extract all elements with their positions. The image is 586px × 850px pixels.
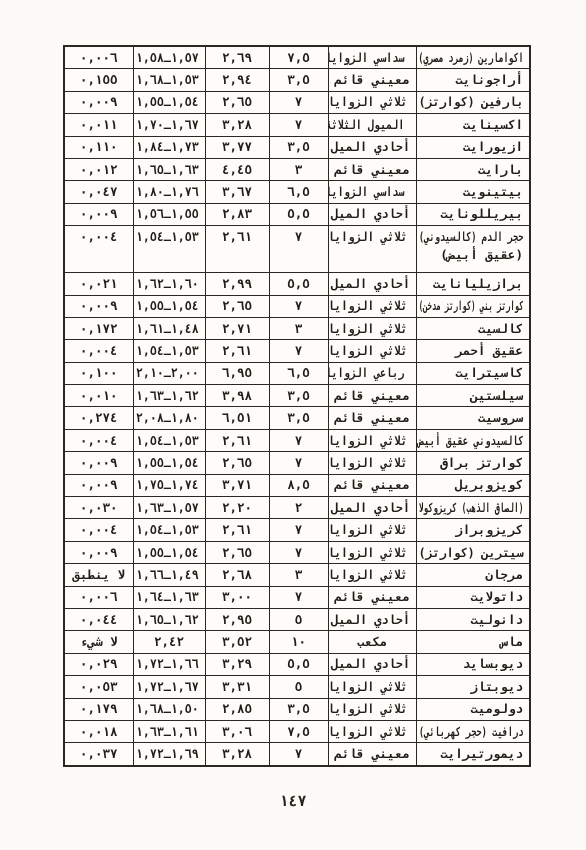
cell-text: ١,٥٣ـ١,٥٤ bbox=[140, 432, 198, 450]
cell-text: ٥,٥ bbox=[274, 275, 324, 293]
cell-name: سروسيت bbox=[416, 407, 530, 429]
cell-text: ٠,٠١٨ bbox=[69, 723, 129, 741]
cell-name: كويزوبريل bbox=[416, 474, 530, 496]
cell-text: معيني قائم bbox=[333, 745, 412, 763]
cell-ri: ١,٦١ـ١,٦٣ bbox=[133, 720, 205, 742]
cell-system: أحادي الميل bbox=[328, 608, 416, 630]
cell-text: ١,٥٠ـ١,٦٨ bbox=[140, 700, 198, 718]
cell-name: كوارتز بني (كوارتز مدخن) bbox=[416, 295, 530, 317]
cell-biref: ٠,٠١٢ bbox=[64, 158, 133, 180]
cell-name: حجر الدم (كالسيدوني)(عقيق أبيض) bbox=[416, 226, 530, 273]
cell-sg: ٢,٦١ bbox=[205, 340, 269, 362]
cell-text: ٢,٩٥ bbox=[210, 611, 265, 629]
cell-system: الميول الثلاثة bbox=[328, 114, 416, 136]
cell-text: ٣,٢٨ bbox=[210, 745, 265, 763]
cell-text: ٣,٥٢ bbox=[210, 633, 265, 651]
cell-text: ٢ bbox=[274, 499, 324, 517]
cell-hardness: ٥ bbox=[269, 608, 328, 630]
cell-system: معيني قائم bbox=[328, 158, 416, 180]
table-row: أراجونايتمعيني قائم٣,٥٢,٩٤١,٥٣ـ١,٦٨٠,١٥٥ bbox=[64, 69, 530, 91]
cell-text: ٧ bbox=[274, 297, 324, 315]
cell-biref: ٠,٠١٠ bbox=[64, 385, 133, 407]
mineral-name-text: سيلستين bbox=[419, 387, 524, 405]
mineral-name-text: ديوبتاز bbox=[419, 678, 524, 696]
cell-sg: ٢,٦٥ bbox=[205, 541, 269, 563]
cell-text: ٣,٠٦ bbox=[210, 723, 265, 741]
mineral-name-text: ديمورتيرايت bbox=[419, 745, 524, 763]
cell-text: ٠,٠٠٩ bbox=[69, 454, 129, 472]
cell-text: ٧ bbox=[274, 521, 324, 539]
cell-text: ٣,٦٧ bbox=[210, 183, 265, 201]
cell-sg: ٢,٩٤ bbox=[205, 69, 269, 91]
cell-text: ١,٥٧ـ١,٦٣ bbox=[140, 499, 198, 517]
mineral-name-text: دانوليت bbox=[419, 611, 524, 629]
cell-text: ٠,٠٤٤ bbox=[69, 611, 129, 629]
cell-text: ١,٥٤ـ١,٥٥ bbox=[140, 454, 198, 472]
cell-biref: ٠,٠٠٦ bbox=[64, 46, 133, 69]
cell-system: معيني قائم bbox=[328, 586, 416, 608]
cell-hardness: ٣,٥ bbox=[269, 407, 328, 429]
cell-text: ٢,٦٥ bbox=[210, 544, 265, 562]
cell-text: ٥ bbox=[274, 611, 324, 629]
mineral-name-text: دولوميت bbox=[419, 700, 524, 718]
cell-ri: ١,٦٩ـ١,٧٢ bbox=[133, 743, 205, 766]
mineral-name-text: كاسيترايت bbox=[419, 364, 524, 382]
cell-hardness: ٧ bbox=[269, 295, 328, 317]
mineral-name-text: (الصاق الذهب) كريزوكولا bbox=[457, 499, 523, 517]
cell-text: ١,٧٦ـ١,٨٠ bbox=[140, 183, 198, 201]
cell-ri: ١,٥٧ـ١,٥٨ bbox=[133, 46, 205, 69]
table-row: كوارتز بني (كوارتز مدخن)ثلاثي الزوايا٧٢,… bbox=[64, 295, 530, 317]
cell-hardness: ٦,٥ bbox=[269, 181, 328, 203]
cell-text: معيني قائم bbox=[333, 476, 412, 494]
table-row: برازيليانايتأحادي الميل٥,٥٢,٩٩١,٦٠ـ١,٦٢٠… bbox=[64, 273, 530, 295]
cell-ri: ١,٥٣ـ١,٥٤ bbox=[133, 226, 205, 273]
cell-text: ١,٥٧ـ١,٥٨ bbox=[140, 49, 198, 67]
cell-biref: ٠,٠٠٩ bbox=[64, 91, 133, 113]
cell-text: ٣ bbox=[274, 161, 324, 179]
cell-hardness: ٣,٥ bbox=[269, 698, 328, 720]
cell-sg: ٢,٨٣ bbox=[205, 203, 269, 225]
cell-biref: ٠,٠٠٩ bbox=[64, 452, 133, 474]
cell-sg: ٢,٦٥ bbox=[205, 295, 269, 317]
cell-sg: ٢,٩٩ bbox=[205, 273, 269, 295]
cell-sg: ٢,٦١ bbox=[205, 519, 269, 541]
cell-text: ٠,٠٠٩ bbox=[69, 544, 129, 562]
cell-text: ٠,٠٥٣ bbox=[69, 678, 129, 696]
cell-biref: ٠,٠١١ bbox=[64, 114, 133, 136]
cell-ri: ١,٦٧ـ١,٧٢ bbox=[133, 676, 205, 698]
cell-text: ٣,٧٧ bbox=[210, 138, 265, 156]
cell-sg: ٢,٦٩ bbox=[205, 46, 269, 69]
cell-text: ٣,٢٨ bbox=[210, 116, 265, 134]
cell-hardness: ٥ bbox=[269, 676, 328, 698]
table-row: درافيت (حجر كهربائي)ثلاثي الزوايا٧,٥٣,٠٦… bbox=[64, 720, 530, 742]
cell-text: ١,٦٦ـ١,٧٢ bbox=[140, 655, 198, 673]
cell-text: ١,٧٣ـ١,٨٤ bbox=[140, 138, 198, 156]
cell-ri: ١,٥٣ـ١,٦٨ bbox=[133, 69, 205, 91]
cell-ri: ١,٥٣ـ١,٥٤ bbox=[133, 519, 205, 541]
cell-text: ٢,٩٩ bbox=[210, 275, 265, 293]
cell-biref: ٠,١١٠ bbox=[64, 136, 133, 158]
cell-hardness: ٣ bbox=[269, 564, 328, 586]
mineral-name-text: أراجونايت bbox=[419, 71, 524, 89]
cell-text: ٢,٢٠ bbox=[210, 499, 265, 517]
cell-text: ٢,٦١ bbox=[210, 228, 265, 246]
table-row: ديوبسايدأحادي الميل٥,٥٣,٢٩١,٦٦ـ١,٧٢٠,٠٢٩ bbox=[64, 653, 530, 675]
cell-text: ثلاثي الزوايا bbox=[337, 544, 406, 562]
cell-system: سداسي الزوايا bbox=[328, 181, 416, 203]
cell-text: ٠,٠٠٩ bbox=[69, 205, 129, 223]
cell-biref: ٠,٠٠٩ bbox=[64, 541, 133, 563]
cell-text: ١,٦٠ـ١,٦٢ bbox=[140, 275, 198, 293]
cell-name: كوارتز براق bbox=[416, 452, 530, 474]
cell-biref: ٠,٠٣٠ bbox=[64, 497, 133, 519]
cell-text: ١,٤٨ـ١,٦١ bbox=[140, 320, 198, 338]
cell-hardness: ٢ bbox=[269, 497, 328, 519]
cell-text: ٢,٠٠ـ٢,١٠ bbox=[140, 364, 198, 382]
cell-hardness: ٨,٥ bbox=[269, 474, 328, 496]
cell-sg: ٣,٠٦ bbox=[205, 720, 269, 742]
cell-text: ١,٥٤ـ١,٥٥ bbox=[140, 544, 198, 562]
cell-text: ٥,٥ bbox=[274, 655, 324, 673]
cell-system: معيني قائم bbox=[328, 385, 416, 407]
cell-ri: ١,٦٠ـ١,٦٢ bbox=[133, 273, 205, 295]
cell-text: ٢,٦٩ bbox=[210, 49, 265, 67]
cell-biref: ٠,٠٠٩ bbox=[64, 203, 133, 225]
cell-name: درافيت (حجر كهربائي) bbox=[416, 720, 530, 742]
cell-text: أحادي الميل bbox=[334, 499, 409, 517]
cell-system: أحادي الميل bbox=[328, 203, 416, 225]
cell-biref: ٠,١٧٢ bbox=[64, 317, 133, 339]
cell-name: سيترين (كوارتز) bbox=[416, 541, 530, 563]
cell-hardness: ٣,٥ bbox=[269, 69, 328, 91]
cell-hardness: ٥,٥ bbox=[269, 273, 328, 295]
cell-ri: ١,٥٤ـ١,٥٥ bbox=[133, 295, 205, 317]
cell-text: ٥ bbox=[274, 678, 324, 696]
table-row: حجر الدم (كالسيدوني)(عقيق أبيض)ثلاثي الز… bbox=[64, 226, 530, 273]
cell-system: أحادي الميل bbox=[328, 136, 416, 158]
cell-hardness: ٧ bbox=[269, 743, 328, 766]
cell-text: أحادي الميل bbox=[334, 138, 409, 156]
cell-text: ٣,٥ bbox=[274, 700, 324, 718]
table-row: سيلستينمعيني قائم٣,٥٣,٩٨١,٦٢ـ١,٦٣٠,٠١٠ bbox=[64, 385, 530, 407]
table-row: دولوميتثلاثي الزوايا٣,٥٢,٨٥١,٥٠ـ١,٦٨٠,١٧… bbox=[64, 698, 530, 720]
cell-sg: ٣,٩٨ bbox=[205, 385, 269, 407]
cell-text: ٠,٠٠٤ bbox=[69, 521, 129, 539]
cell-biref: ٠,٠١٨ bbox=[64, 720, 133, 742]
cell-sg: ٢,٢٠ bbox=[205, 497, 269, 519]
cell-name: دولوميت bbox=[416, 698, 530, 720]
mineral-name-text: كويزوبريل bbox=[419, 476, 524, 494]
cell-ri: ١,٥٤ـ١,٥٥ bbox=[133, 541, 205, 563]
table-row: بيريللونايتأحادي الميل٥,٥٢,٨٣١,٥٥ـ١,٥٦٠,… bbox=[64, 203, 530, 225]
cell-text: ١,٥٥ـ١,٥٦ bbox=[140, 205, 198, 223]
cell-name: كريزوبراز bbox=[416, 519, 530, 541]
table-row: ازيورايتأحادي الميل٣,٥٣,٧٧١,٧٣ـ١,٨٤٠,١١٠ bbox=[64, 136, 530, 158]
cell-system: ثلاثي الزوايا bbox=[328, 340, 416, 362]
mineral-name-text: ماس bbox=[419, 633, 524, 651]
cell-text: ثلاثي الزوايا bbox=[337, 454, 406, 472]
table-row: كوارتز براقثلاثي الزوايا٧٢,٦٥١,٥٤ـ١,٥٥٠,… bbox=[64, 452, 530, 474]
mineral-name-text: اكوامارين (زمرد مصري) bbox=[454, 49, 523, 67]
cell-text: ٥,٥ bbox=[274, 205, 324, 223]
mineral-name-text: داتولايت bbox=[419, 588, 524, 606]
cell-text: ٧,٥ bbox=[274, 723, 324, 741]
cell-text: ٠,٠١٠ bbox=[69, 387, 129, 405]
cell-text: ثلاثي الزوايا bbox=[337, 228, 406, 246]
cell-ri: ٢,٤٢ bbox=[133, 631, 205, 653]
cell-sg: ٢,٨٥ bbox=[205, 698, 269, 720]
cell-text: معيني قائم bbox=[333, 71, 412, 89]
cell-hardness: ٥,٥ bbox=[269, 203, 328, 225]
cell-text: ٠,١٥٥ bbox=[69, 71, 129, 89]
cell-biref: ٠,١٧٩ bbox=[64, 698, 133, 720]
cell-text: ١,٥٤ـ١,٥٥ bbox=[140, 297, 198, 315]
cell-ri: ١,٧٣ـ١,٨٤ bbox=[133, 136, 205, 158]
cell-sg: ٣,٢٨ bbox=[205, 114, 269, 136]
cell-name: اكوامارين (زمرد مصري) bbox=[416, 46, 530, 69]
cell-hardness: ٧ bbox=[269, 452, 328, 474]
cell-sg: ٢,٦١ bbox=[205, 226, 269, 273]
cell-system: ثلاثي الزوايا bbox=[328, 698, 416, 720]
cell-text: ٠,١٧٩ bbox=[69, 700, 129, 718]
cell-name: برازيليانايت bbox=[416, 273, 530, 295]
cell-name: ديوبتاز bbox=[416, 676, 530, 698]
cell-text: ٢,٤٢ bbox=[138, 633, 201, 651]
cell-text: ٠,١١٠ bbox=[69, 138, 129, 156]
cell-system: أحادي الميل bbox=[328, 273, 416, 295]
cell-sg: ٦,٩٥ bbox=[205, 362, 269, 384]
cell-text: ٧,٥ bbox=[274, 49, 324, 67]
cell-text: معيني قائم bbox=[333, 161, 412, 179]
cell-hardness: ٥,٥ bbox=[269, 653, 328, 675]
cell-ri: ١,٤٩ـ١,٦٦ bbox=[133, 564, 205, 586]
cell-text: ٨,٥ bbox=[274, 476, 324, 494]
cell-biref: ٠,٠٢٩ bbox=[64, 653, 133, 675]
cell-ri: ١,٥٤ـ١,٥٥ bbox=[133, 452, 205, 474]
cell-ri: ١,٥٧ـ١,٦٣ bbox=[133, 497, 205, 519]
cell-text: ٣ bbox=[274, 566, 324, 584]
mineral-name-text: بيريللونايت bbox=[419, 205, 524, 223]
cell-text: سداسي الزوايا bbox=[340, 183, 404, 201]
cell-hardness: ٧,٥ bbox=[269, 46, 328, 69]
cell-text: ٣,٥ bbox=[274, 71, 324, 89]
cell-biref: ٠,٠٠٤ bbox=[64, 519, 133, 541]
cell-text: ٦,٥ bbox=[274, 364, 324, 382]
cell-text: ١,٥٣ـ١,٥٤ bbox=[140, 228, 198, 246]
table-row: ماسمكعب١٠٣,٥٢٢,٤٢لا شيء bbox=[64, 631, 530, 653]
cell-system: ثلاثي الزوايا bbox=[328, 452, 416, 474]
table-row: داتولايتمعيني قائم٧٣,٠٠١,٦٣ـ١,٦٤٠,٠٠٦ bbox=[64, 586, 530, 608]
mineral-name-text: كالسيدوني عقيق أبيض bbox=[446, 432, 523, 450]
cell-text: ٧ bbox=[274, 544, 324, 562]
cell-name: أراجونايت bbox=[416, 69, 530, 91]
cell-text: ٢,٧١ bbox=[210, 320, 265, 338]
cell-text: ١,٦١ـ١,٦٣ bbox=[140, 723, 198, 741]
cell-biref: ٠,٠٠٤ bbox=[64, 340, 133, 362]
table-row: دانوليتأحادي الميل٥٢,٩٥١,٦٢ـ١,٦٥٠,٠٤٤ bbox=[64, 608, 530, 630]
cell-name: داتولايت bbox=[416, 586, 530, 608]
cell-sg: ٢,٩٥ bbox=[205, 608, 269, 630]
cell-system: ثلاثي الزوايا bbox=[328, 295, 416, 317]
cell-text: ٠,٠١٢ bbox=[69, 161, 129, 179]
cell-text: ٧ bbox=[274, 588, 324, 606]
mineral-name-text: (عقيق أبيض) bbox=[419, 246, 524, 264]
table-row: كالسيدوني عقيق أبيضثلاثي الزوايا٧٢,٦١١,٥… bbox=[64, 429, 530, 451]
table-row: كالسيتثلاثي الزوايا٣٢,٧١١,٤٨ـ١,٦١٠,١٧٢ bbox=[64, 317, 530, 339]
cell-system: ثلاثي الزوايا bbox=[328, 564, 416, 586]
cell-text: ٠,١٠٠ bbox=[69, 364, 129, 382]
cell-sg: ٣,٠٠ bbox=[205, 586, 269, 608]
cell-text: معيني قائم bbox=[333, 588, 412, 606]
cell-biref: لا ينطبق bbox=[64, 564, 133, 586]
table-row: ديوبتازثلاثي الزوايا٥٣,٣١١,٦٧ـ١,٧٢٠,٠٥٣ bbox=[64, 676, 530, 698]
cell-sg: ٣,٦٧ bbox=[205, 181, 269, 203]
cell-sg: ٣,٣١ bbox=[205, 676, 269, 698]
cell-system: رباعي الزوايا bbox=[328, 362, 416, 384]
mineral-name-text: بيتينويت bbox=[419, 183, 524, 201]
mineral-name-text: كريزوبراز bbox=[419, 521, 524, 539]
cell-name: عقيق أحمر bbox=[416, 340, 530, 362]
cell-system: أحادي الميل bbox=[328, 497, 416, 519]
cell-text: ثلاثي الزوايا bbox=[337, 678, 406, 696]
cell-text: ٢,٦٥ bbox=[210, 454, 265, 472]
mineral-name-text: اكسينايت bbox=[419, 116, 524, 134]
cell-text: ٧ bbox=[274, 432, 324, 450]
mineral-name-text: درافيت (حجر كهربائي) bbox=[450, 723, 523, 741]
cell-text: ٣,٢٩ bbox=[210, 655, 265, 673]
cell-ri: ١,٥٥ـ١,٥٦ bbox=[133, 203, 205, 225]
cell-text: ١,٥٣ـ١,٥٤ bbox=[140, 342, 198, 360]
cell-biref: ٠,٠٤٧ bbox=[64, 181, 133, 203]
cell-system: ثلاثي الزوايا bbox=[328, 317, 416, 339]
cell-text: ٧ bbox=[274, 342, 324, 360]
cell-text: ثلاثي الزوايا bbox=[337, 320, 406, 338]
cell-ri: ١,٦٦ـ١,٧٢ bbox=[133, 653, 205, 675]
cell-hardness: ٣,٥ bbox=[269, 385, 328, 407]
table-row: كاسيترايترباعي الزوايا٦,٥٦,٩٥٢,٠٠ـ٢,١٠٠,… bbox=[64, 362, 530, 384]
cell-biref: ٠,٠٤٤ bbox=[64, 608, 133, 630]
cell-text: ٣,٧١ bbox=[210, 476, 265, 494]
cell-text: ٠,٠٣٠ bbox=[69, 499, 129, 517]
cell-text: لا ينطبق bbox=[69, 566, 129, 584]
cell-text: ٠,٠٠٤ bbox=[69, 228, 129, 246]
cell-ri: ١,٧٤ـ١,٧٥ bbox=[133, 474, 205, 496]
cell-text: ٣,٠٠ bbox=[210, 588, 265, 606]
scanned-book-page: اكوامارين (زمرد مصري)سداسي الزوايا٧,٥٢,٦… bbox=[0, 0, 586, 850]
table-row: مرجانثلاثي الزوايا٣٢,٦٨١,٤٩ـ١,٦٦لا ينطبق bbox=[64, 564, 530, 586]
mineral-name-text: حجر الدم (كالسيدوني) bbox=[450, 228, 523, 246]
cell-text: ٠,٠٠٦ bbox=[69, 588, 129, 606]
mineral-name-text: ديوبسايد bbox=[419, 655, 524, 673]
cell-hardness: ٧ bbox=[269, 541, 328, 563]
cell-system: ثلاثي الزوايا bbox=[328, 519, 416, 541]
cell-ri: ١,٥٣ـ١,٥٤ bbox=[133, 340, 205, 362]
cell-name: دانوليت bbox=[416, 608, 530, 630]
cell-text: ثلاثي الزوايا bbox=[337, 342, 406, 360]
cell-text: ٢,٦٥ bbox=[210, 93, 265, 111]
cell-text: ٧ bbox=[274, 93, 324, 111]
mineral-name-text: كالسيت bbox=[419, 320, 524, 338]
cell-text: ١,٦٣ـ١,٦٥ bbox=[140, 161, 198, 179]
cell-text: ٠,٠٠٩ bbox=[69, 93, 129, 111]
cell-text: ١,٥٣ـ١,٦٨ bbox=[140, 71, 198, 89]
minerals-table-body: اكوامارين (زمرد مصري)سداسي الزوايا٧,٥٢,٦… bbox=[64, 46, 530, 766]
cell-text: ٧ bbox=[274, 745, 324, 763]
cell-text: ٠,٠٠٦ bbox=[69, 49, 129, 67]
mineral-name-text: كوارتز بني (كوارتز مدخن) bbox=[462, 297, 523, 315]
cell-text: أحادي الميل bbox=[334, 655, 409, 673]
cell-text: ١,٦٣ـ١,٦٤ bbox=[140, 588, 198, 606]
cell-hardness: ٧ bbox=[269, 429, 328, 451]
cell-text: ٠,٢٧٤ bbox=[69, 409, 129, 427]
cell-hardness: ٧ bbox=[269, 226, 328, 273]
cell-system: ثلاثي الزوايا bbox=[328, 429, 416, 451]
cell-text: ٣,٩٨ bbox=[210, 387, 265, 405]
cell-text: ٠,٠٠٩ bbox=[69, 297, 129, 315]
cell-name: اكسينايت bbox=[416, 114, 530, 136]
cell-text: ٢,٨٣ bbox=[210, 205, 265, 223]
cell-text: ثلاثي الزوايا bbox=[337, 723, 406, 741]
cell-system: سداسي الزوايا bbox=[328, 46, 416, 69]
cell-ri: ١,٥٣ـ١,٥٤ bbox=[133, 429, 205, 451]
cell-sg: ٣,٧٧ bbox=[205, 136, 269, 158]
cell-hardness: ٧ bbox=[269, 586, 328, 608]
cell-sg: ٣,٥٢ bbox=[205, 631, 269, 653]
cell-name: ديمورتيرايت bbox=[416, 743, 530, 766]
mineral-name-text: كوارتز براق bbox=[419, 454, 524, 472]
table-row: (الصاق الذهب) كريزوكولاأحادي الميل٢٢,٢٠١… bbox=[64, 497, 530, 519]
cell-text: ٠,٠٠٩ bbox=[69, 476, 129, 494]
cell-biref: ٠,١٠٠ bbox=[64, 362, 133, 384]
cell-ri: ٢,٠٠ـ٢,١٠ bbox=[133, 362, 205, 384]
page-number: ١٤٧ bbox=[0, 792, 586, 810]
cell-text: ٠,٠٠٤ bbox=[69, 342, 129, 360]
table-row: اكسينايتالميول الثلاثة٧٣,٢٨١,٦٧ـ١,٧٠٠,٠١… bbox=[64, 114, 530, 136]
cell-biref: لا شيء bbox=[64, 631, 133, 653]
cell-name: بيريللونايت bbox=[416, 203, 530, 225]
cell-hardness: ٣ bbox=[269, 317, 328, 339]
cell-biref: ٠,٢٧٤ bbox=[64, 407, 133, 429]
cell-biref: ٠,٠٠٤ bbox=[64, 429, 133, 451]
cell-text: ١٠ bbox=[274, 633, 324, 651]
cell-text: معيني قائم bbox=[333, 387, 412, 405]
cell-biref: ٠,١٥٥ bbox=[64, 69, 133, 91]
cell-text: ٤,٤٥ bbox=[210, 161, 265, 179]
cell-text: ٢,٦٥ bbox=[210, 297, 265, 315]
table-row: كويزوبريلمعيني قائم٨,٥٣,٧١١,٧٤ـ١,٧٥٠,٠٠٩ bbox=[64, 474, 530, 496]
cell-text: ٠,٠٤٧ bbox=[69, 183, 129, 201]
cell-text: ٣,٥ bbox=[274, 387, 324, 405]
cell-system: مكعب bbox=[328, 631, 416, 653]
cell-text: ٦,٥ bbox=[274, 183, 324, 201]
cell-system: ثلاثي الزوايا bbox=[328, 541, 416, 563]
cell-sg: ٢,٦٥ bbox=[205, 91, 269, 113]
cell-text: ثلاثي الزوايا bbox=[337, 700, 406, 718]
cell-name: ماس bbox=[416, 631, 530, 653]
cell-text: ٦,٥١ bbox=[210, 409, 265, 427]
cell-text: ١,٦٢ـ١,٦٣ bbox=[140, 387, 198, 405]
cell-biref: ٠,٠٠٤ bbox=[64, 226, 133, 273]
mineral-name-text: سيترين (كوارتز) bbox=[426, 544, 523, 562]
cell-name: بارايت bbox=[416, 158, 530, 180]
cell-ri: ١,٤٨ـ١,٦١ bbox=[133, 317, 205, 339]
cell-text: ٣ bbox=[274, 320, 324, 338]
cell-system: معيني قائم bbox=[328, 743, 416, 766]
cell-ri: ١,٥٤ـ١,٥٥ bbox=[133, 91, 205, 113]
cell-text: الميول الثلاثة bbox=[340, 116, 404, 134]
